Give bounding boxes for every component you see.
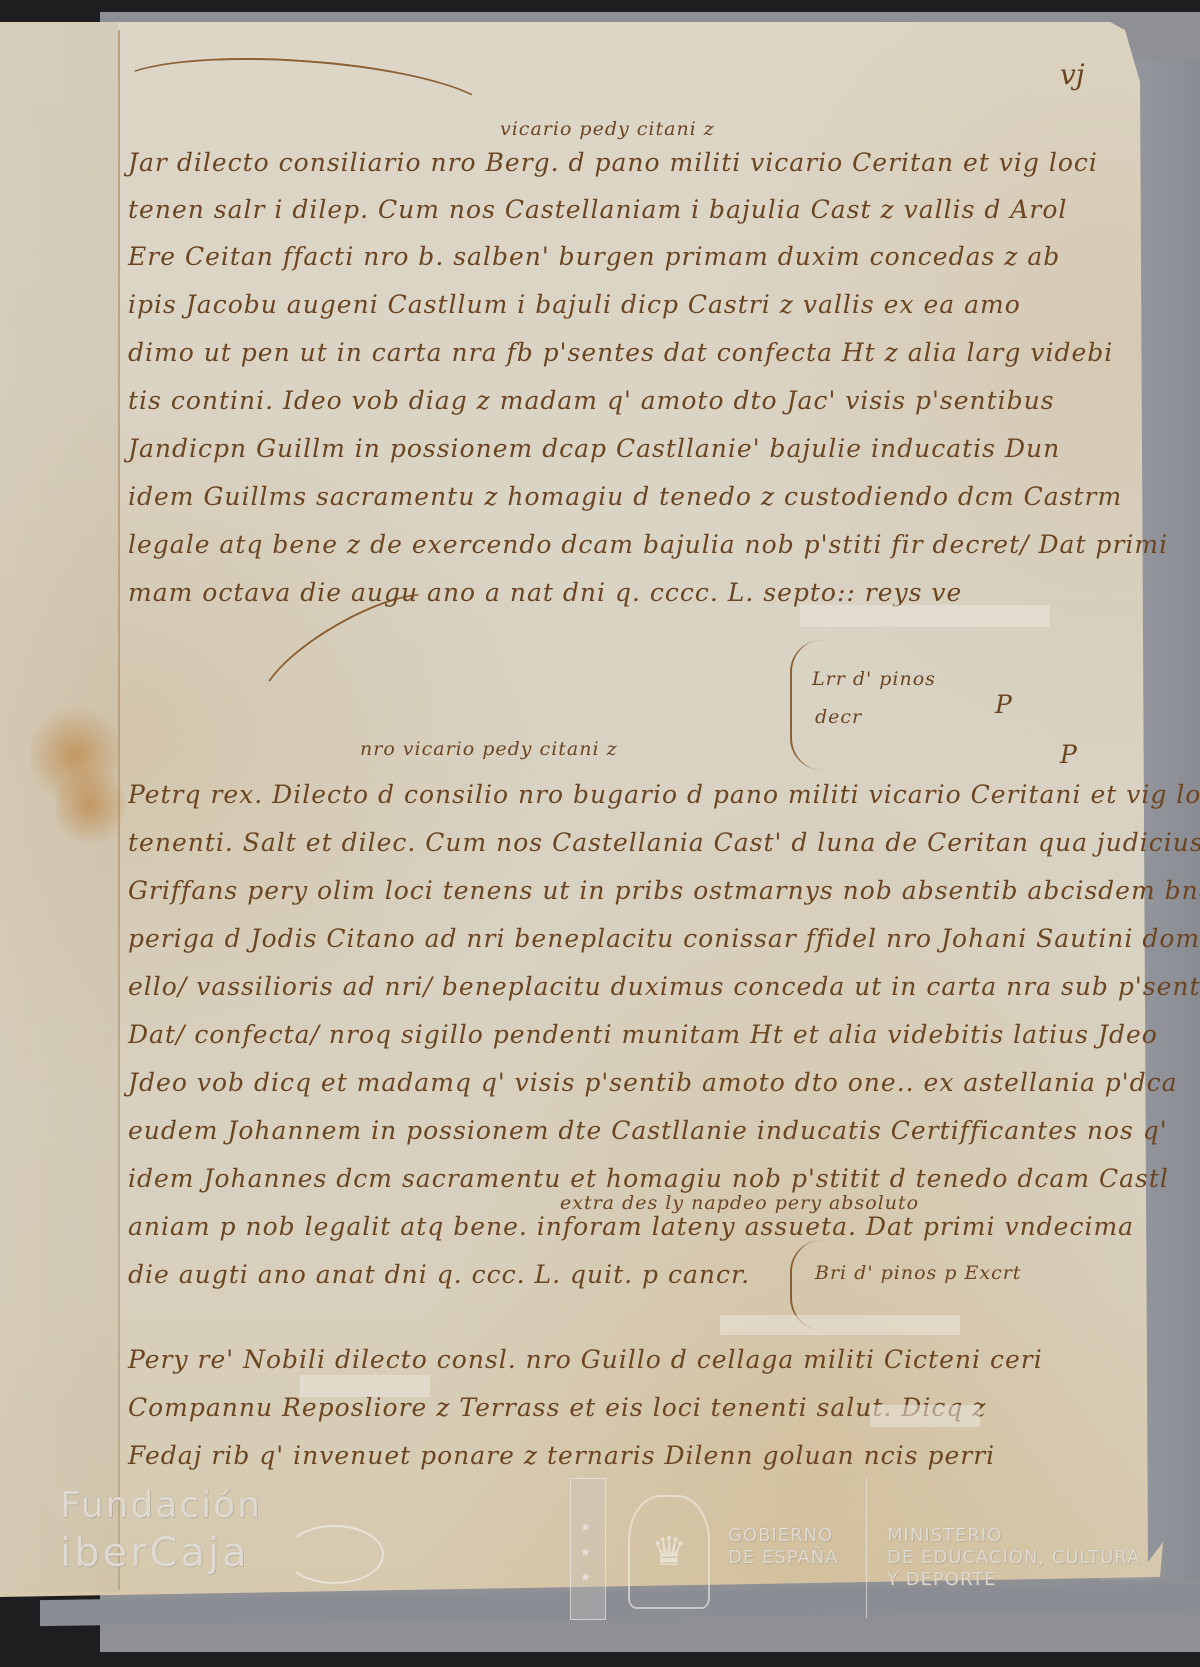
paper-repair-patch [300, 1375, 430, 1397]
text-line: tis contini. Ideo vob diag z madam q' am… [128, 386, 1055, 415]
text-line: Dat/ confecta/ nroq sigillo pendenti mun… [128, 1020, 1158, 1049]
paper-repair-patch [870, 1405, 980, 1427]
text-line: Compannu Reposliore z Terrass et eis loc… [128, 1393, 986, 1422]
paper-repair-patch [720, 1315, 960, 1335]
text-line: tenen salr i dilep. Cum nos Castellaniam… [128, 195, 1067, 224]
signature-line: decr [815, 706, 862, 728]
section-heading: vicario pedy citani z [500, 118, 715, 140]
watermark-ministerio-line3: Y DEPORTE [887, 1569, 1140, 1591]
signature-line: Lrr d' pinos [812, 668, 936, 690]
star-icon: ★ [580, 1570, 591, 1584]
text-line: dimo ut pen ut in carta nra fb p'sentes … [128, 338, 1113, 367]
notary-mark: P [995, 690, 1013, 719]
text-line: Jar dilecto consiliario nro Berg. d pano… [128, 148, 1098, 177]
text-line: ipis Jacobu augeni Castllum i bajuli dic… [128, 290, 1021, 319]
signature-bracket [790, 640, 822, 770]
text-line: idem Johannes dcm sacramentu et homagiu … [128, 1164, 1169, 1193]
watermark-ibercaja: iberCaja [60, 1530, 250, 1576]
signature-line: Bri d' pinos p Excrt [815, 1262, 1021, 1284]
text-line: periga d Jodis Citano ad nri beneplacitu… [128, 924, 1200, 953]
watermark-divider [866, 1478, 867, 1618]
text-line: tenenti. Salt et dilec. Cum nos Castella… [128, 828, 1200, 857]
text-line: Petrq rex. Dilecto d consilio nro bugari… [128, 780, 1200, 809]
text-line: Pery re' Nobili dilecto consl. nro Guill… [128, 1345, 1043, 1374]
paper-repair-patch [800, 605, 1050, 627]
text-line: Jdeo vob dicq et madamq q' visis p'senti… [128, 1068, 1178, 1097]
interlinear-note: extra des ly napdeo pery absoluto [560, 1192, 919, 1214]
watermark-fundacion: Fundación [60, 1485, 262, 1526]
text-line: aniam p nob legalit atq bene. inforam la… [128, 1212, 1134, 1241]
text-line: mam octava die augu ano a nat dni q. ccc… [128, 578, 962, 607]
star-icon: ★ [580, 1520, 591, 1534]
watermark-ministerio-line2: DE EDUCACIÓN, CULTURA [887, 1547, 1140, 1569]
text-line: ello/ vassilioris ad nri/ beneplacitu du… [128, 972, 1200, 1001]
watermark-ministerio: MINISTERIO DE EDUCACIÓN, CULTURA Y DEPOR… [887, 1525, 1140, 1591]
text-line: eudem Johannem in possionem dte Castllan… [128, 1116, 1168, 1145]
watermark-gobierno: GOBIERNO DE ESPAÑA [728, 1525, 839, 1569]
text-line: Fedaj rib q' invenuet ponare z ternaris … [128, 1441, 995, 1470]
text-line: Griffans pery olim loci tenens ut in pri… [128, 876, 1200, 905]
watermark-gobierno-line1: GOBIERNO [728, 1525, 839, 1547]
text-line: idem Guillms sacramentu z homagiu d tene… [128, 482, 1122, 511]
notary-mark: P [1060, 740, 1078, 769]
water-stain [55, 760, 125, 850]
text-line: die augti ano anat dni q. ccc. L. quit. … [128, 1260, 750, 1289]
section-heading: nro vicario pedy citani z [360, 738, 618, 760]
text-line: Jandicpn Guillm in possionem dcap Castll… [128, 434, 1060, 463]
text-line: legale atq bene z de exercendo dcam baju… [128, 530, 1168, 559]
coat-of-arms-icon: ♛ [628, 1495, 710, 1609]
folio-number: vj [1060, 58, 1085, 91]
star-icon: ★ [580, 1545, 591, 1559]
ibercaja-logo-icon [285, 1525, 384, 1584]
watermark-gobierno-line2: DE ESPAÑA [728, 1547, 839, 1569]
text-line: Ere Ceitan ffacti nro b. salben' burgen … [128, 242, 1060, 271]
watermark-ministerio-line1: MINISTERIO [887, 1525, 1140, 1547]
